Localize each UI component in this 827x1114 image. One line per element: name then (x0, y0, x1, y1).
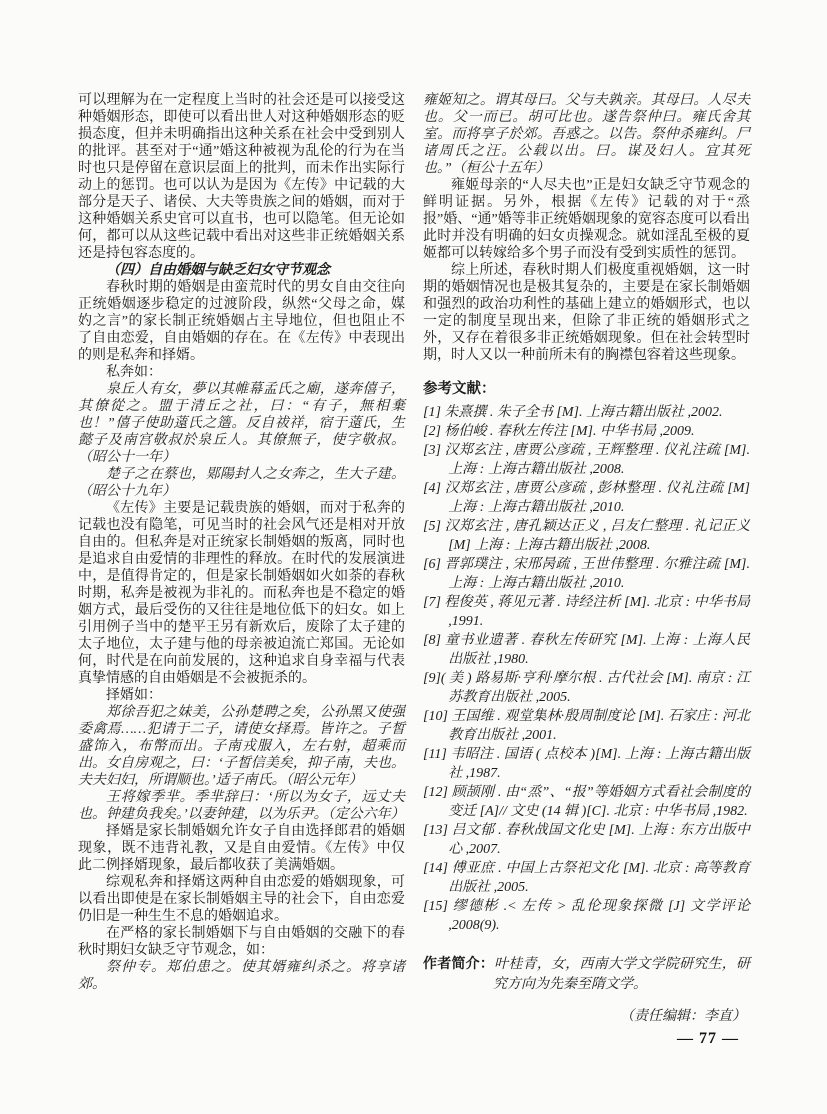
block-quote: 楚子之在蔡也，郹陽封人之女奔之，生大子建。（昭公十九年） (78, 466, 405, 500)
reference-item: [4] 汉郑玄注 , 唐贾公彦疏 , 彭林整理 . 仪礼注疏 [M] 上海 : … (423, 479, 750, 517)
paragraph: 择婿是家长制婚姻允许女子自由选择郎君的婚姻现象，既不违背礼教，又是自由爱情。《左… (78, 823, 405, 874)
block-quote: 泉丘人有女，夢以其帷幕孟氏之廟，遂奔僖子，其僚從之。盟于清丘之社，曰：“有子，無… (78, 381, 405, 466)
reference-item: [10] 王国维 . 观堂集林·殷周制度论 [M]. 石家庄 : 河北教育出版社… (423, 707, 750, 745)
right-column: 雍姬知之。谓其母曰。父与夫孰亲。其母曰。人尽夫也。父一而已。胡可比也。遂告祭仲曰… (423, 92, 750, 1027)
page-body: 可以理解为在一定程度上当时的社会还是可以接受这种婚姻形态，即使可以看出世人对这种… (78, 92, 750, 1027)
scanned-paper-page: 可以理解为在一定程度上当时的社会还是可以接受这种婚姻形态，即使可以看出世人对这种… (0, 0, 827, 1114)
section-heading: （四）自由婚姻与缺乏妇女守节观念 (78, 262, 405, 279)
reference-item: [13] 吕文郁 . 春秋战国文化史 [M]. 上海 : 东方出版中心 ,200… (423, 821, 750, 859)
reference-item: [5] 汉郑玄注 , 唐孔颖达正义 , 吕友仁整理 . 礼记正义 [M] 上海 … (423, 517, 750, 555)
author-bio: 作者简介：叶桂青，女，西南大学文学院研究生，研究方向为先秦至隋文学。 (423, 955, 750, 995)
reference-item: [8] 童书业遗著 . 春秋左传研究 [M]. 上海 : 上海人民出版社 ,19… (423, 631, 750, 669)
reference-item: [9]( 美 ) 路易斯·亨利·摩尔根 . 古代社会 [M]. 南京 : 江苏教… (423, 669, 750, 707)
paragraph: 雍姬母亲的“人尽夫也”正是妇女缺乏守节观念的鲜明证据。另外，根据《左传》记载的对… (423, 177, 750, 262)
paragraph: 综观私奔和择婿这两种自由恋爱的婚姻现象，可以看出即使是在家长制婚姻主导的社会下，… (78, 874, 405, 925)
subsection-label: 择婿如： (78, 687, 405, 704)
reference-item: [1] 朱熹撰 . 朱子全书 [M]. 上海古籍出版社 ,2002. (423, 403, 750, 422)
paragraph: 综上所述，春秋时期人们极度重视婚姻，这一时期的婚姻情况也是极其复杂的，主要是在家… (423, 262, 750, 364)
reference-item: [6] 晋郭璞注 , 宋邢昺疏 , 王世伟整理 . 尔雅注疏 [M]. 上海 :… (423, 555, 750, 593)
block-quote: 郑徐吾犯之妹美，公孙楚聘之矣，公孙黑又使强委禽焉……犯请于二子，请使女择焉。皆许… (78, 704, 405, 789)
block-quote: 祭仲专。郑伯患之。使其婿雍纠杀之。将享诸郊。 (78, 959, 405, 993)
left-column: 可以理解为在一定程度上当时的社会还是可以接受这种婚姻形态，即使可以看出世人对这种… (78, 92, 405, 1027)
editor-credit: （责任编辑：李直） (423, 1007, 750, 1027)
paragraph: 春秋时期的婚姻是由蛮荒时代的男女自由交往向正统婚姻逐步稳定的过渡阶段，纵然“父母… (78, 279, 405, 364)
block-quote: 王将嫁季芈。季芈辞曰：‘所以为女子，远丈夫也。钟建负我矣。’以妻钟建，以为乐尹。… (78, 789, 405, 823)
paragraph: 在严格的家长制婚姻下与自由婚姻的交融下的春秋时期妇女缺乏守节观念，如： (78, 925, 405, 959)
author-bio-label: 作者简介： (423, 957, 494, 972)
reference-item: [2] 杨伯峻 . 春秋左传注 [M]. 中华书局 ,2009. (423, 422, 750, 441)
references-heading: 参考文献： (423, 381, 750, 398)
reference-item: [3] 汉郑玄注 , 唐贾公彦疏 , 王辉整理 . 仪礼注疏 [M]. 上海 :… (423, 441, 750, 479)
paragraph-continuation: 可以理解为在一定程度上当时的社会还是可以接受这种婚姻形态，即使可以看出世人对这种… (78, 92, 405, 262)
reference-item: [15] 缪德彬 .< 左传 > 乱伦现象探微 [J] 文学评论 ,2008(9… (423, 897, 750, 935)
paragraph: 《左传》主要是记载贵族的婚姻，而对于私奔的记载也没有隐笔，可见当时的社会风气还是… (78, 500, 405, 687)
reference-item: [12] 顾颉刚 . 由“烝”、“报”等婚姻方式看社会制度的变迁 [A]// 文… (423, 783, 750, 821)
reference-item: [14] 傅亚庶 . 中国上古祭祀文化 [M]. 北京 : 高等教育出版社 ,2… (423, 859, 750, 897)
reference-item: [11] 韦昭注 . 国语 ( 点校本 )[M]. 上海 : 上海古籍出版社 ,… (423, 745, 750, 783)
block-quote-continuation: 雍姬知之。谓其母曰。父与夫孰亲。其母曰。人尽夫也。父一而已。胡可比也。遂告祭仲曰… (423, 92, 750, 177)
subsection-label: 私奔如： (78, 364, 405, 381)
page-number: — 77 — (677, 1030, 739, 1048)
reference-item: [7] 程俊英 , 蒋见元著 . 诗经注析 [M]. 北京 : 中华书局 ,19… (423, 593, 750, 631)
